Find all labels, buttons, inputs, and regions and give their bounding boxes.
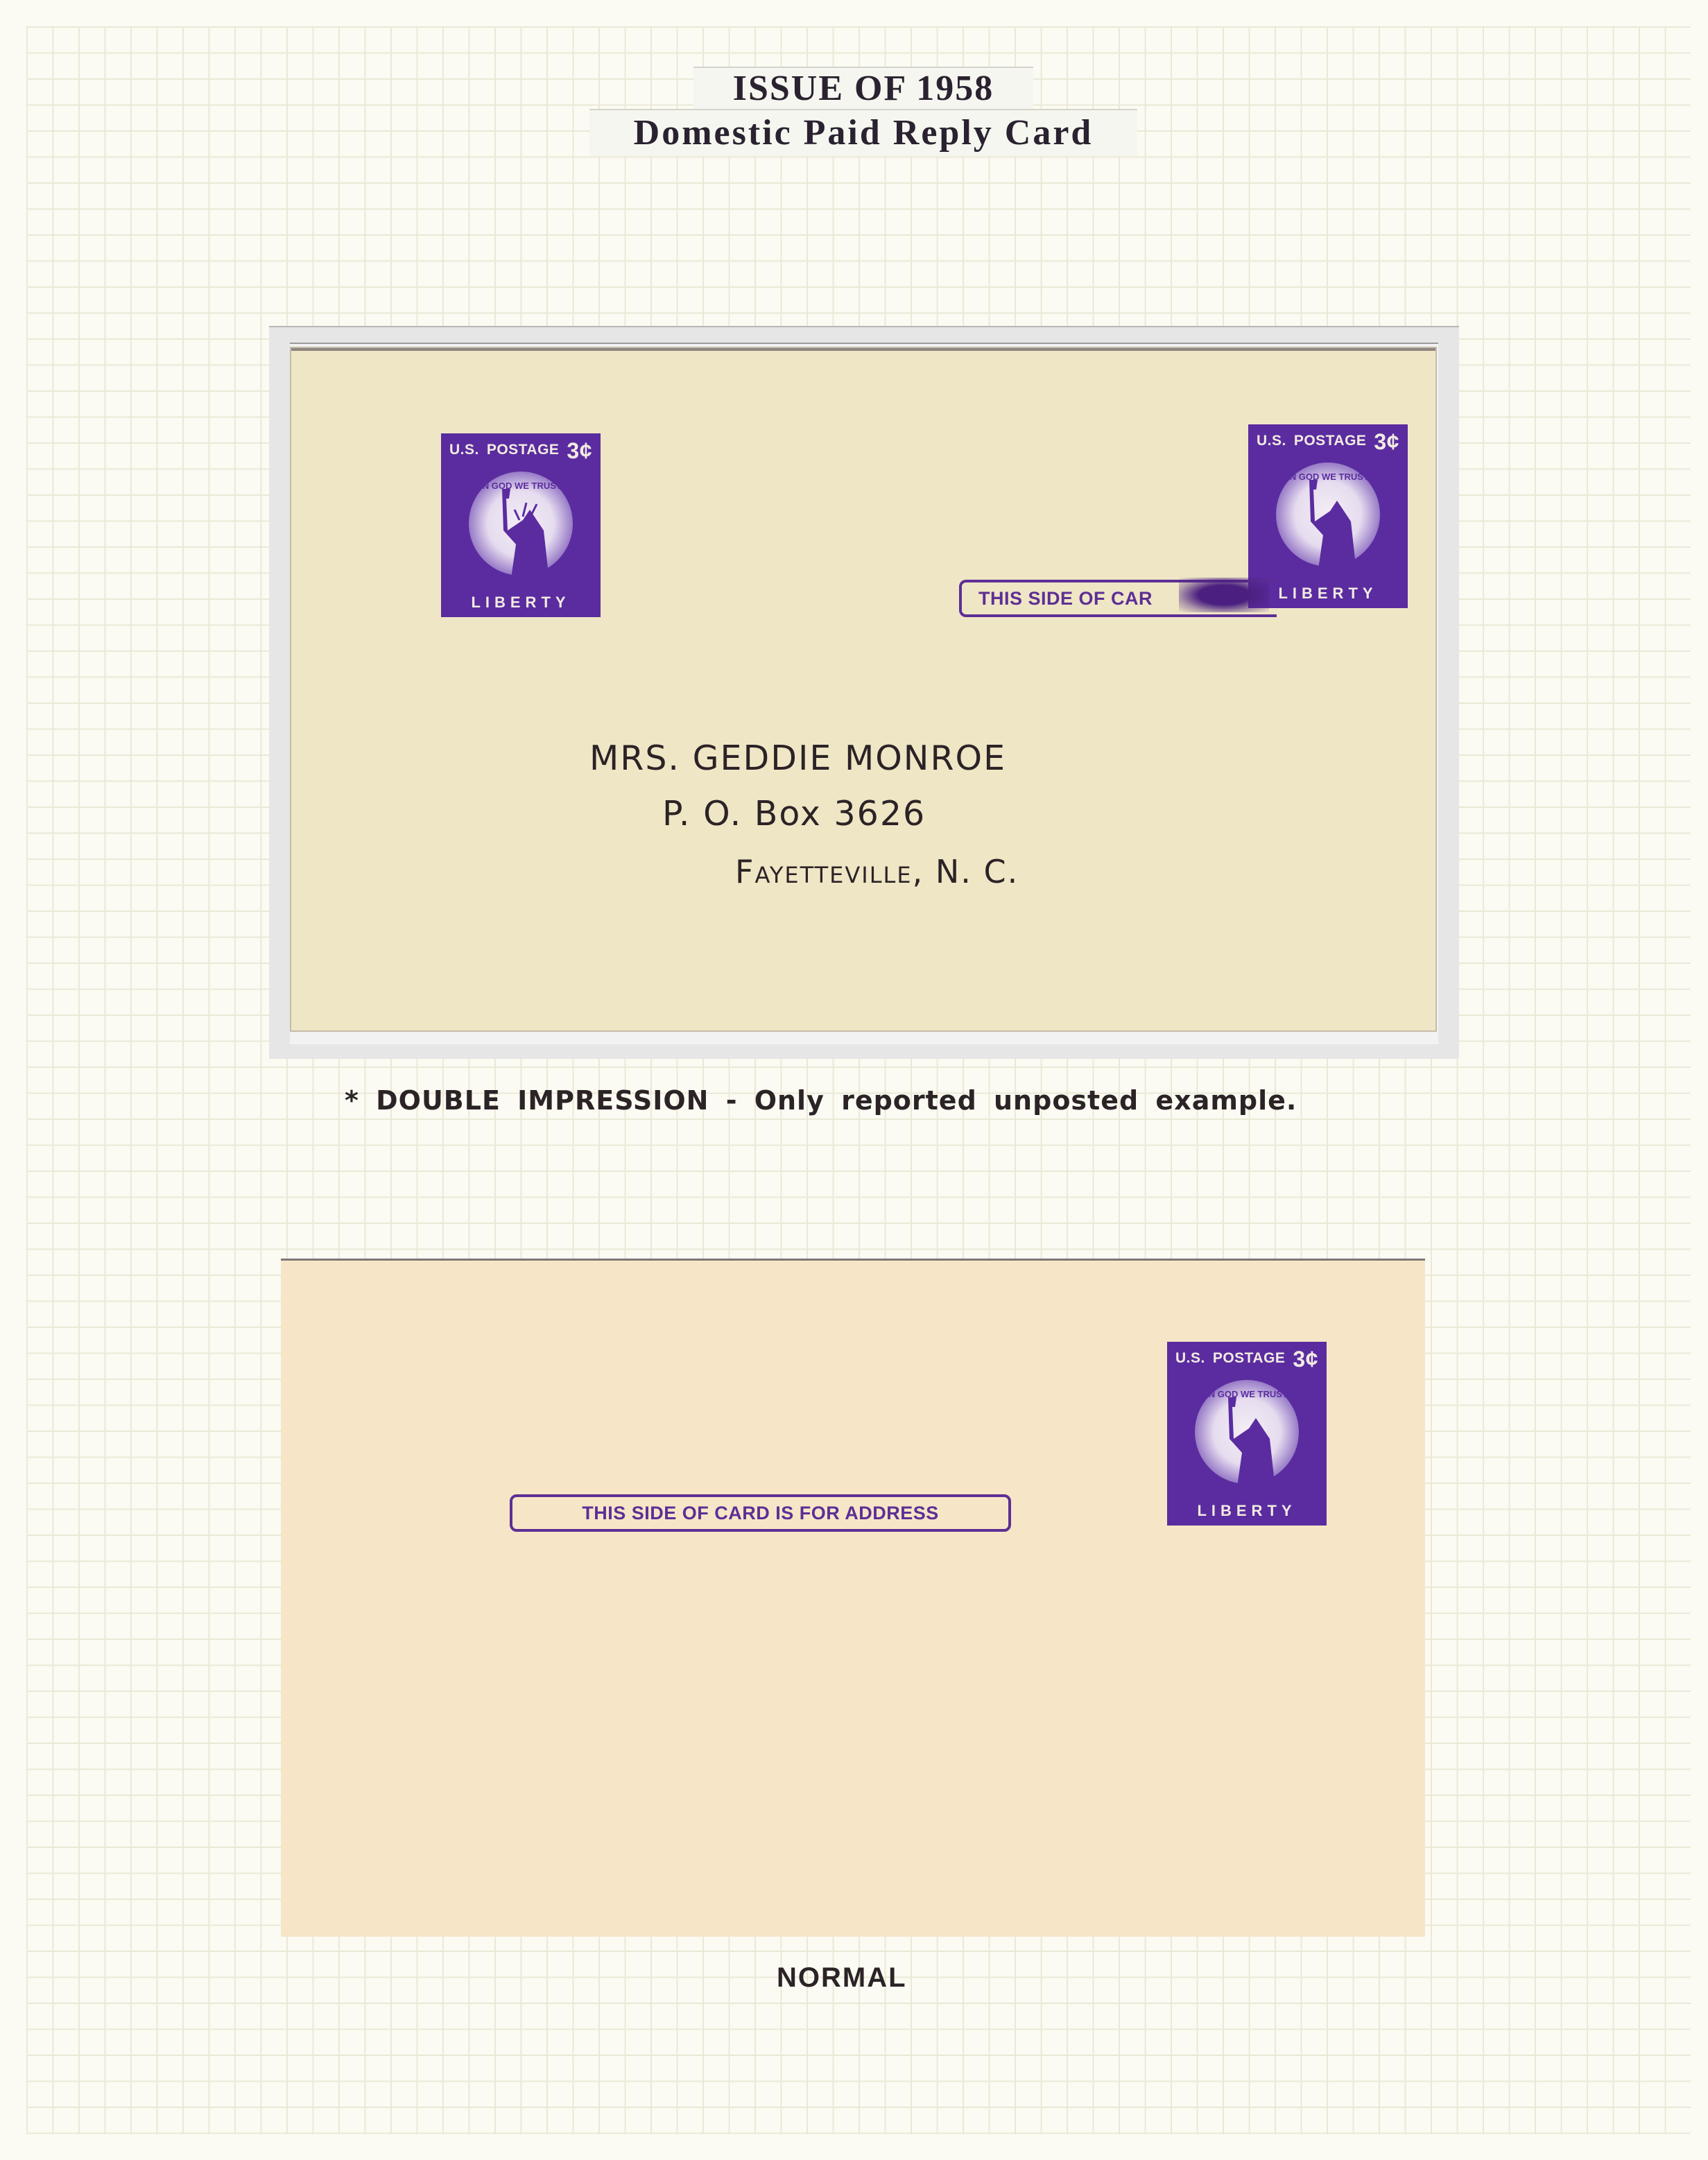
statue-of-liberty-icon	[495, 489, 555, 593]
address-line-3: Fayetteville, N. C.	[735, 853, 1019, 890]
stamp-value: 3¢	[1293, 1350, 1318, 1368]
page-subtitle: Domestic Paid Reply Card	[589, 109, 1137, 156]
stamp-country: U.S.	[1175, 1350, 1205, 1368]
stamp-value: 3¢	[1374, 433, 1399, 451]
address-notice: THIS SIDE OF CARD IS FOR ADDRESS	[510, 1494, 1011, 1532]
statue-of-liberty-icon	[1221, 1397, 1281, 1501]
stamp-country: U.S.	[449, 442, 479, 460]
caption-double-impression: * DOUBLE IMPRESSION - Only reported unpo…	[345, 1085, 1297, 1116]
statue-of-liberty-icon	[1302, 480, 1362, 584]
stamp-country: U.S.	[1257, 433, 1286, 451]
stamp-word: POSTAGE	[487, 442, 560, 460]
stamp-bottom-text: LIBERTY	[441, 594, 601, 612]
stamp-word: POSTAGE	[1213, 1350, 1286, 1368]
stamp-bottom-text: LIBERTY	[1167, 1502, 1327, 1520]
stamp-value: 3¢	[567, 442, 592, 460]
address-line-2: P. O. Box 3626	[662, 794, 926, 833]
normal-label: NORMAL	[777, 1962, 907, 1994]
stamp-word: POSTAGE	[1294, 433, 1367, 451]
stamp-indicium-left: U.S.POSTAGE3¢ IN GOD WE TRUST LIBERTY	[441, 433, 601, 617]
page-title: ISSUE OF 1958	[693, 67, 1033, 110]
ink-smear	[1179, 578, 1269, 612]
address-line-1: MRS. GEDDIE MONROE	[589, 738, 1006, 778]
stamp-indicium-normal: U.S.POSTAGE3¢ IN GOD WE TRUST LIBERTY	[1167, 1342, 1327, 1526]
